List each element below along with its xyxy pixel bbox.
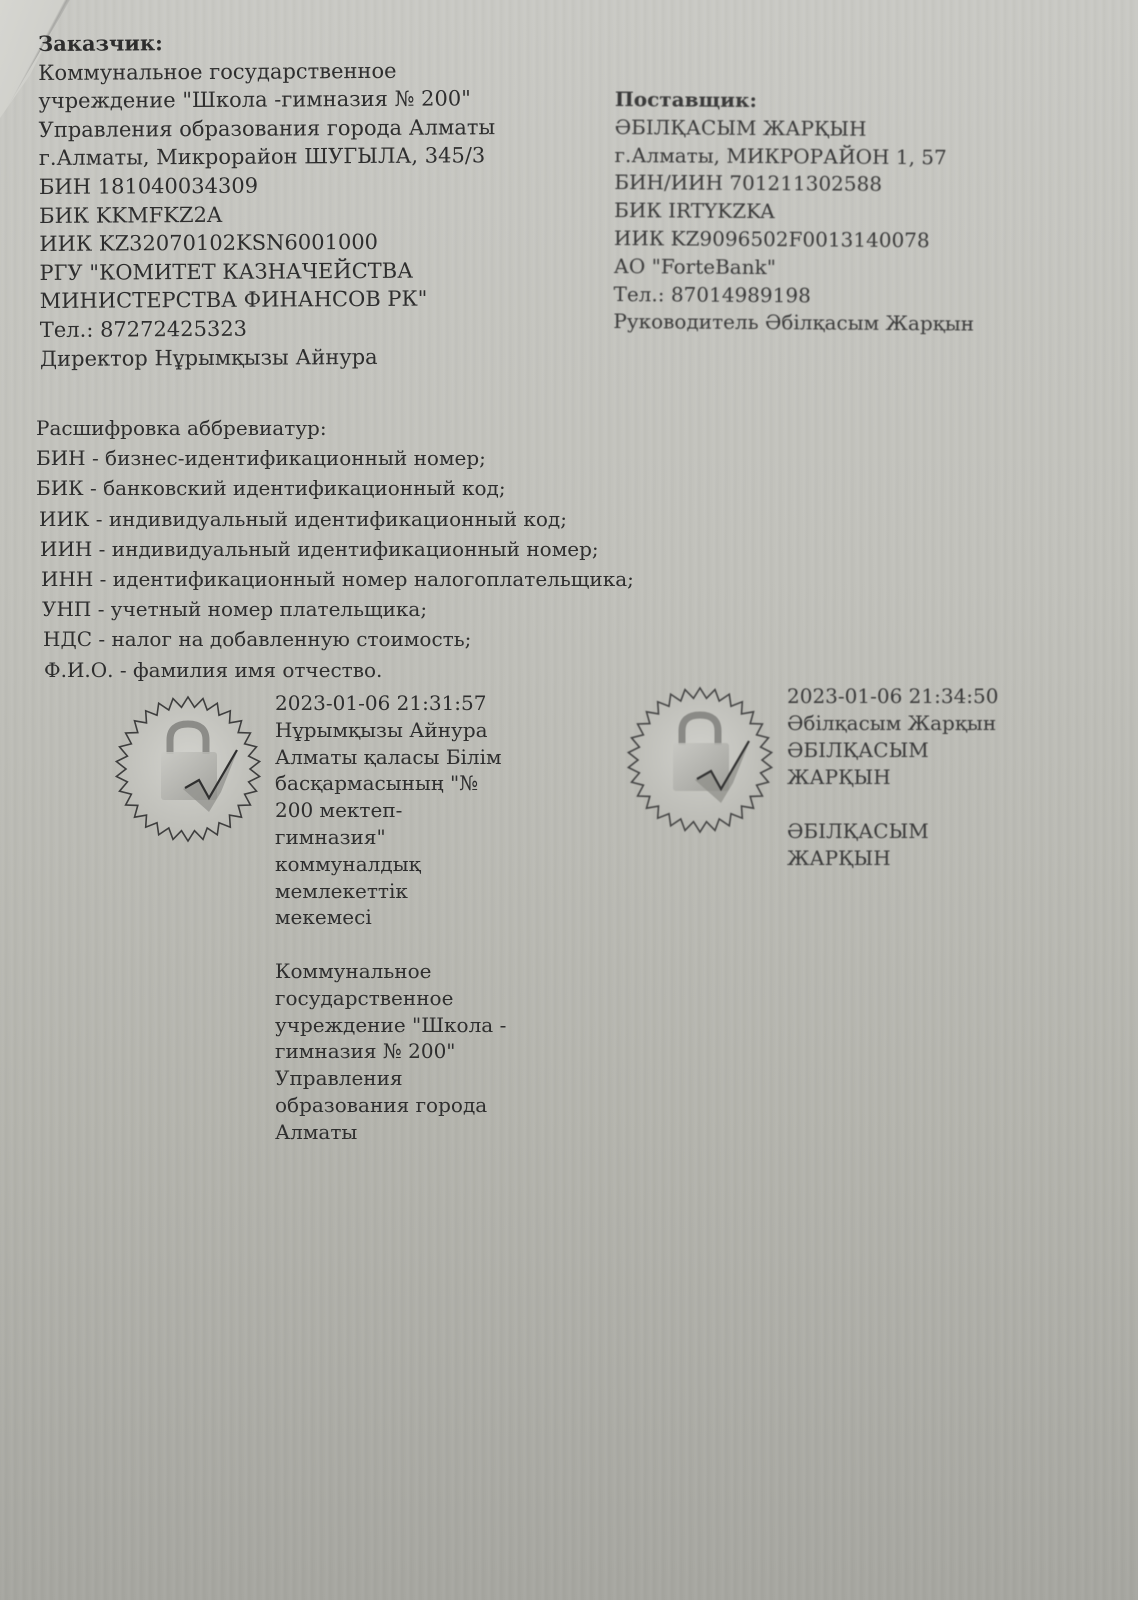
- customer-line: Директор Нұрымқызы Айнура: [40, 342, 497, 373]
- abbreviation-item: ИИК - индивидуальный идентификационный к…: [39, 504, 634, 534]
- signer-org-ru: Коммунальное: [275, 958, 506, 985]
- customer-line: г.Алматы, Микрорайон ШУГЫЛА, 345/3: [39, 142, 496, 173]
- signer-org-kz: коммуналдық: [275, 851, 506, 878]
- signer-org-kz: басқармасының "№: [275, 770, 506, 797]
- customer-line: Тел.: 87272425323: [40, 313, 497, 344]
- supplier-heading: Поставщик:: [615, 86, 976, 116]
- customer-line: Коммунальное государственное: [38, 56, 495, 87]
- customer-line: учреждение "Школа -гимназия № 200": [38, 84, 495, 115]
- supplier-line: Тел.: 87014989198: [613, 281, 974, 311]
- signature-block-customer: 2023-01-06 21:31:57 Нұрымқызы Айнура Алм…: [275, 690, 506, 1146]
- signer-org-ru: образования города: [275, 1092, 506, 1119]
- supplier-line: БИН/ИИН 701211302588: [614, 169, 975, 199]
- signer-org-kz: мемлекеттік: [275, 878, 506, 905]
- abbreviation-item: БИН - бизнес-идентификационный номер;: [36, 443, 634, 473]
- abbreviation-item: Ф.И.О. - фамилия имя отчество.: [44, 655, 634, 685]
- signer-org-ru: ЖАРҚЫН: [787, 845, 999, 872]
- abbreviation-item: БИК - банковский идентификационный код;: [36, 473, 634, 503]
- signer-org-ru: ӘБІЛҚАСЫМ: [787, 818, 999, 845]
- customer-details: Заказчик: Коммунальное государственное у…: [38, 27, 497, 373]
- signer-org-kz: ЖАРҚЫН: [787, 764, 999, 791]
- abbreviation-item: УНП - учетный номер плательщика;: [42, 594, 634, 624]
- digital-signature-seal-icon: [625, 685, 775, 835]
- signer-org-kz: Алматы қаласы Білім: [275, 744, 506, 771]
- supplier-line: ИИК KZ9096502F0013140078: [614, 225, 975, 255]
- customer-line: РГУ "КОМИТЕТ КАЗНАЧЕЙСТВА: [39, 256, 496, 287]
- signer-name: Нұрымқызы Айнура: [275, 717, 506, 744]
- supplier-details: Поставщик: ӘБІЛҚАСЫМ ЖАРҚЫН г.Алматы, МИ…: [613, 86, 975, 339]
- signer-org-kz: ӘБІЛҚАСЫМ: [787, 737, 999, 764]
- digital-signature-seal-icon: [113, 694, 263, 844]
- signer-org-ru: государственное: [275, 985, 506, 1012]
- spacer: [787, 791, 999, 818]
- signer-org-ru: Управления: [275, 1065, 506, 1092]
- customer-line: БИК KKMFKZ2A: [39, 199, 496, 230]
- supplier-line: АО "ForteBank": [614, 253, 975, 283]
- supplier-line: Руководитель Әбілқасым Жарқын: [613, 308, 974, 338]
- customer-heading: Заказчик:: [38, 27, 495, 58]
- abbreviations-heading: Расшифровка аббревиатур:: [36, 413, 634, 443]
- abbreviation-item: ИИН - индивидуальный идентификационный н…: [40, 534, 634, 564]
- spacer: [275, 931, 506, 958]
- signer-org-kz: гимназия": [275, 824, 506, 851]
- supplier-line: БИК IRTYKZKA: [614, 197, 975, 227]
- signer-org-kz: 200 мектеп-: [275, 797, 506, 824]
- signer-name: Әбілқасым Жарқын: [787, 710, 999, 737]
- signer-org-ru: учреждение "Школа -: [275, 1012, 506, 1039]
- signer-org-ru: гимназия № 200": [275, 1038, 506, 1065]
- signer-org-kz: мекемесі: [275, 904, 506, 931]
- customer-line: БИН 181040034309: [39, 170, 496, 201]
- abbreviations-legend: Расшифровка аббревиатур: БИН - бизнес-ид…: [36, 413, 634, 685]
- signature-timestamp: 2023-01-06 21:34:50: [787, 683, 999, 710]
- abbreviation-item: ИНН - идентификационный номер налогоплат…: [41, 564, 634, 594]
- signer-org-ru: Алматы: [275, 1119, 506, 1146]
- supplier-line: г.Алматы, МИКРОРАЙОН 1, 57: [614, 142, 975, 172]
- customer-line: МИНИСТЕРСТВА ФИНАНСОВ РК": [40, 285, 497, 316]
- signature-timestamp: 2023-01-06 21:31:57: [275, 690, 506, 717]
- supplier-line: ӘБІЛҚАСЫМ ЖАРҚЫН: [615, 114, 976, 144]
- customer-line: ИИК KZ32070102KSN6001000: [39, 227, 496, 258]
- customer-line: Управления образования города Алматы: [39, 113, 496, 144]
- abbreviation-item: НДС - налог на добавленную стоимость;: [43, 624, 634, 654]
- signature-block-supplier: 2023-01-06 21:34:50 Әбілқасым Жарқын ӘБІ…: [787, 683, 999, 872]
